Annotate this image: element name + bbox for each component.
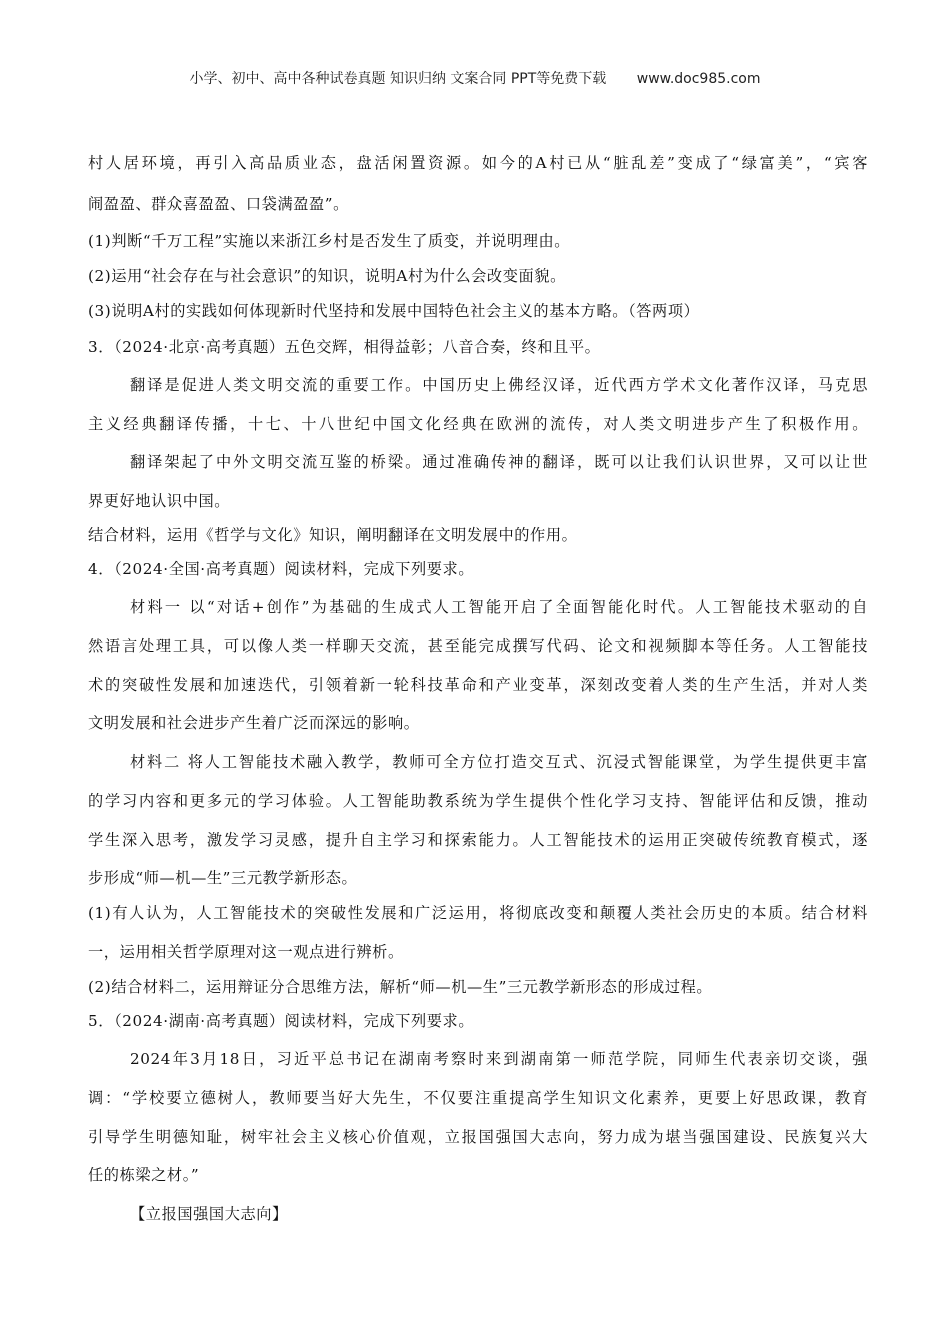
material-line: 然语言处理工具，可以像人类一样聊天交流，甚至能完成撰写代码、论文和视频脚本等任务… [88, 635, 868, 656]
question-heading: 3．（2024·北京·高考真题）五色交辉，相得益彰；八音合奏，终和且平。 [88, 336, 868, 357]
question-item: (2)运用“社会存在与社会意识”的知识，说明A村为什么会改变面貌。 [88, 265, 868, 286]
page-header: 小学、初中、高中各种试卷真题 知识归纳 文案合同 PPT等免费下载 www.do… [0, 68, 950, 88]
question-item: 一，运用相关哲学原理对这一观点进行辨析。 [88, 941, 868, 962]
material-line: 翻译是促进人类文明交流的重要工作。中国历史上佛经汉译，近代西方学术文化著作汉译，… [130, 374, 868, 395]
material-line: 主义经典翻译传播，十七、十八世纪中国文化经典在欧洲的流传，对人类文明进步产生了积… [88, 413, 868, 434]
material-line: 任的栋梁之材。” [88, 1164, 868, 1185]
question-item: (2)结合材料二，运用辩证分合思维方法，解析“师—机—生”三元教学新形态的形成过… [88, 976, 868, 997]
material-line: 翻译架起了中外文明交流互鉴的桥梁。通过准确传神的翻译，既可以让我们认识世界，又可… [130, 451, 868, 472]
material-line: 学生深入思考，激发学习灵感，提升自主学习和探索能力。人工智能技术的运用正突破传统… [88, 829, 868, 850]
text-line: 村人居环境，再引入高品质业态，盘活闲置资源。如今的A村已从“脏乱差”变成了“绿富… [88, 152, 868, 173]
material-line: 材料二 将人工智能技术融入教学，教师可全方位打造交互式、沉浸式智能课堂，为学生提… [130, 751, 868, 772]
section-label: 【立报国强国大志向】 [130, 1203, 868, 1224]
question-item: (1)判断“千万工程”实施以来浙江乡村是否发生了质变，并说明理由。 [88, 230, 868, 251]
material-line: 术的突破性发展和加速迭代，引领着新一轮科技革命和产业变革，深刻改变着人类的生产生… [88, 674, 868, 695]
material-line: 引导学生明德知耻，树牢社会主义核心价值观，立报国强国大志向，努力成为堪当强国建设… [88, 1126, 868, 1147]
material-line: 文明发展和社会进步产生着广泛而深远的影响。 [88, 712, 868, 733]
material-line: 2024年3月18日，习近平总书记在湖南考察时来到湖南第一师范学院，同师生代表亲… [130, 1048, 868, 1069]
question-item: (3)说明A村的实践如何体现新时代坚持和发展中国特色社会主义的基本方略。（答两项… [88, 300, 868, 321]
question-heading: 4．（2024·全国·高考真题）阅读材料，完成下列要求。 [88, 558, 868, 579]
question-item: 结合材料，运用《哲学与文化》知识，阐明翻译在文明发展中的作用。 [88, 524, 868, 545]
question-item: (1)有人认为，人工智能技术的突破性发展和广泛运用，将彻底改变和颠覆人类社会历史… [88, 902, 868, 923]
question-heading: 5．（2024·湖南·高考真题）阅读材料，完成下列要求。 [88, 1010, 868, 1031]
material-line: 材料一 以“对话+创作”为基础的生成式人工智能开启了全面智能化时代。人工智能技术… [130, 596, 868, 617]
material-line: 调：“学校要立德树人，教师要当好大先生，不仅要注重提高学生知识文化素养，更要上好… [88, 1087, 868, 1108]
text-line: 闹盈盈、群众喜盈盈、口袋满盈盈”。 [88, 193, 868, 214]
header-url: www.doc985.com [637, 71, 761, 87]
header-text: 小学、初中、高中各种试卷真题 知识归纳 文案合同 PPT等免费下载 [190, 71, 607, 87]
material-line: 步形成“师—机—生”三元教学新形态。 [88, 867, 868, 888]
material-line: 的学习内容和更多元的学习体验。人工智能助教系统为学生提供个性化学习支持、智能评估… [88, 790, 868, 811]
material-line: 界更好地认识中国。 [88, 490, 868, 511]
